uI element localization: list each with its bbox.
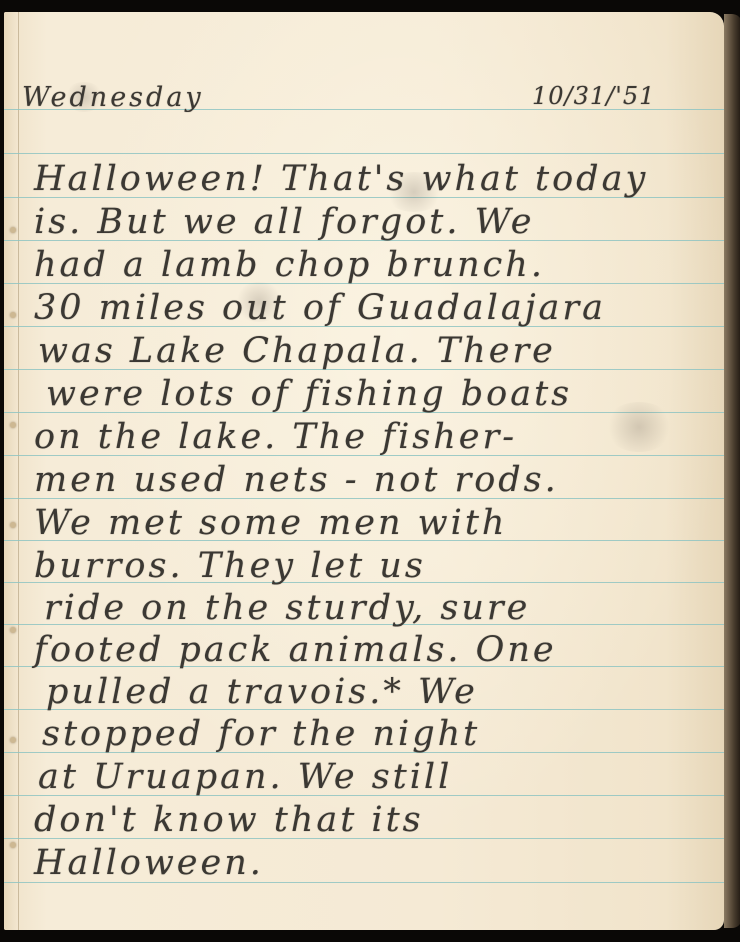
pencil-smudge <box>604 402 674 452</box>
entry-line: burros. They let us <box>34 546 426 586</box>
binding-hole-icon <box>10 422 16 428</box>
entry-line: at Uruapan. We still <box>38 757 452 797</box>
entry-line: had a lamb chop brunch. <box>34 245 545 285</box>
entry-line: We met some men with <box>34 503 507 543</box>
binding-hole-icon <box>10 737 16 743</box>
binding-hole-icon <box>10 627 16 633</box>
notebook-edge <box>724 14 740 928</box>
binding-margin <box>4 12 19 930</box>
entry-line: were lots of fishing boats <box>46 374 572 414</box>
binding-hole-icon <box>10 522 16 528</box>
entry-line: don't know that its <box>34 800 424 840</box>
diary-page-photo: Wednesday 10/31/'51 Halloween! That's wh… <box>0 0 740 942</box>
entry-line: ride on the sturdy, sure <box>44 588 530 628</box>
entry-line: is. But we all forgot. We <box>34 202 534 242</box>
entry-line: was Lake Chapala. There <box>38 331 556 371</box>
binding-hole-icon <box>10 227 16 233</box>
entry-line: Halloween! That's what today <box>34 159 648 199</box>
entry-line: on the lake. The fisher- <box>34 417 517 457</box>
entry-day: Wednesday <box>22 82 204 113</box>
notebook-paper: Wednesday 10/31/'51 Halloween! That's wh… <box>4 12 724 930</box>
entry-line: men used nets - not rods. <box>34 460 559 500</box>
entry-line: footed pack animals. One <box>34 630 557 670</box>
binding-hole-icon <box>10 312 16 318</box>
entry-line: pulled a travois.* We <box>46 672 478 712</box>
entry-date: 10/31/'51 <box>532 82 655 110</box>
binding-hole-icon <box>10 842 16 848</box>
entry-line: 30 miles out of Guadalajara <box>34 288 606 328</box>
entry-line: Halloween. <box>34 843 264 883</box>
ruled-line <box>4 153 724 154</box>
entry-line: stopped for the night <box>42 714 480 754</box>
